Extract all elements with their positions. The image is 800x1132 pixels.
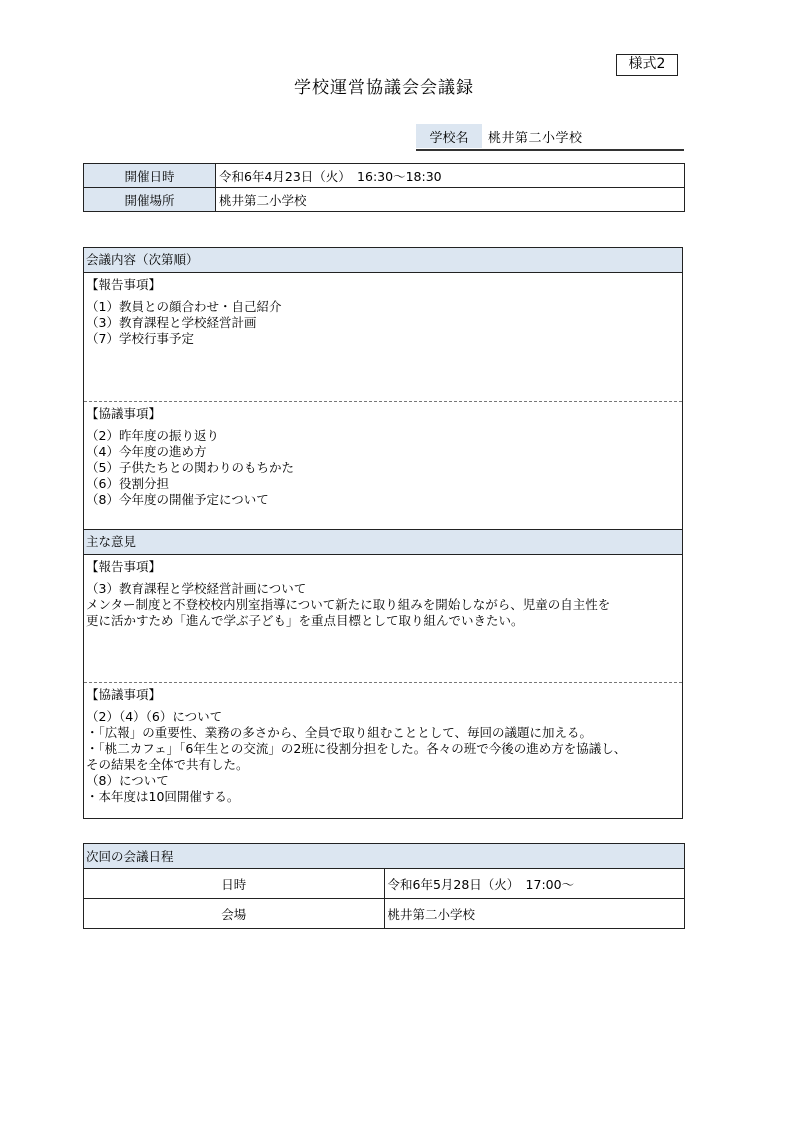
minutes-content-box: 会議内容（次第順） 【報告事項】 （1）教員との顔合わせ・自己紹介 （3）教育課… [83,247,683,819]
meeting-date-value: 令和6年4月23日（火） 16:30～18:30 [216,164,685,188]
meeting-place-value: 桃井第二小学校 [216,188,685,212]
agenda-report-title: 【報告事項】 [86,273,682,297]
list-item: （8）今年度の開催予定について [86,492,682,508]
next-meeting-table: 次回の会議日程 日時 令和6年5月28日（火） 17:00～ 会場 桃井第二小学… [83,843,685,929]
table-row: 会場 桃井第二小学校 [84,899,685,929]
list-item: （5）子供たちとの関わりのもちかた [86,460,682,476]
agenda-discussion-title: 【協議事項】 [86,402,682,426]
opinions-report-title: 【報告事項】 [86,555,682,579]
agenda-report-list: （1）教員との顔合わせ・自己紹介 （3）教育課程と学校経営計画 （7）学校行事予… [86,297,682,347]
meeting-date-label: 開催日時 [84,164,216,188]
next-meeting-place-value: 桃井第二小学校 [384,899,685,929]
agenda-report-section: 【報告事項】 （1）教員との顔合わせ・自己紹介 （3）教育課程と学校経営計画 （… [84,273,682,402]
next-meeting-date-label: 日時 [84,869,385,899]
meeting-info-table: 開催日時 令和6年4月23日（火） 16:30～18:30 開催場所 桃井第二小… [83,163,685,212]
agenda-discussion-section: 【協議事項】 （2）昨年度の振り返り （4）今年度の進め方 （5）子供たちとの関… [84,402,682,530]
text-line: メンター制度と不登校校内別室指導について新たに取り組みを開始しながら、児童の自主… [86,597,682,613]
agenda-discussion-list: （2）昨年度の振り返り （4）今年度の進め方 （5）子供たちとの関わりのもちかた… [86,426,682,508]
table-row: 開催日時 令和6年4月23日（火） 16:30～18:30 [84,164,685,188]
page-title-text: 学校運営協議会会議録 [294,78,474,98]
school-name-value: 桃井第二小学校 [482,127,583,146]
list-item: （6）役割分担 [86,476,682,492]
table-row: 日時 令和6年5月28日（火） 17:00～ [84,869,685,899]
list-item: （2）昨年度の振り返り [86,428,682,444]
table-row: 次回の会議日程 [84,844,685,869]
opinions-report-section: 【報告事項】 （3）教育課程と学校経営計画について メンター制度と不登校校内別室… [84,555,682,683]
text-line: （3）教育課程と学校経営計画について [86,581,682,597]
school-name-row: 学校名 桃井第二小学校 [416,123,684,151]
next-meeting-header: 次回の会議日程 [84,844,685,869]
opinions-header: 主な意見 [84,530,682,555]
table-row: 開催場所 桃井第二小学校 [84,188,685,212]
next-meeting-date-value: 令和6年5月28日（火） 17:00～ [384,869,685,899]
text-line: ・「広報」の重要性、業務の多さから、全員で取り組むこととして、毎回の議題に加える… [86,725,682,741]
agenda-header: 会議内容（次第順） [84,248,682,273]
list-item: （3）教育課程と学校経営計画 [86,315,682,331]
text-line: （2）（4）（6）について [86,709,682,725]
next-meeting-place-label: 会場 [84,899,385,929]
list-item: （7）学校行事予定 [86,331,682,347]
text-line: 更に活かすため「進んで学ぶ子ども」を重点目標として取り組んでいきたい。 [86,613,682,629]
opinions-discussion-section: 【協議事項】 （2）（4）（6）について ・「広報」の重要性、業務の多さから、全… [84,683,682,818]
list-item: （4）今年度の進め方 [86,444,682,460]
text-line: ・「桃二カフェ」「6年生との交流」の2班に役割分担をした。各々の班で今後の進め方… [86,741,682,757]
text-line: その結果を全体で共有した。 [86,757,682,773]
text-line: （8）について [86,773,682,789]
list-item: （1）教員との顔合わせ・自己紹介 [86,299,682,315]
school-name-label: 学校名 [416,124,482,148]
opinions-discussion-text: （2）（4）（6）について ・「広報」の重要性、業務の多さから、全員で取り組むこ… [86,707,682,805]
opinions-report-text: （3）教育課程と学校経営計画について メンター制度と不登校校内別室指導について新… [86,579,682,629]
meeting-place-label: 開催場所 [84,188,216,212]
opinions-discussion-title: 【協議事項】 [86,683,682,707]
text-line: ・本年度は10回開催する。 [86,789,682,805]
page-title: 学校運営協議会会議録 [0,73,800,98]
